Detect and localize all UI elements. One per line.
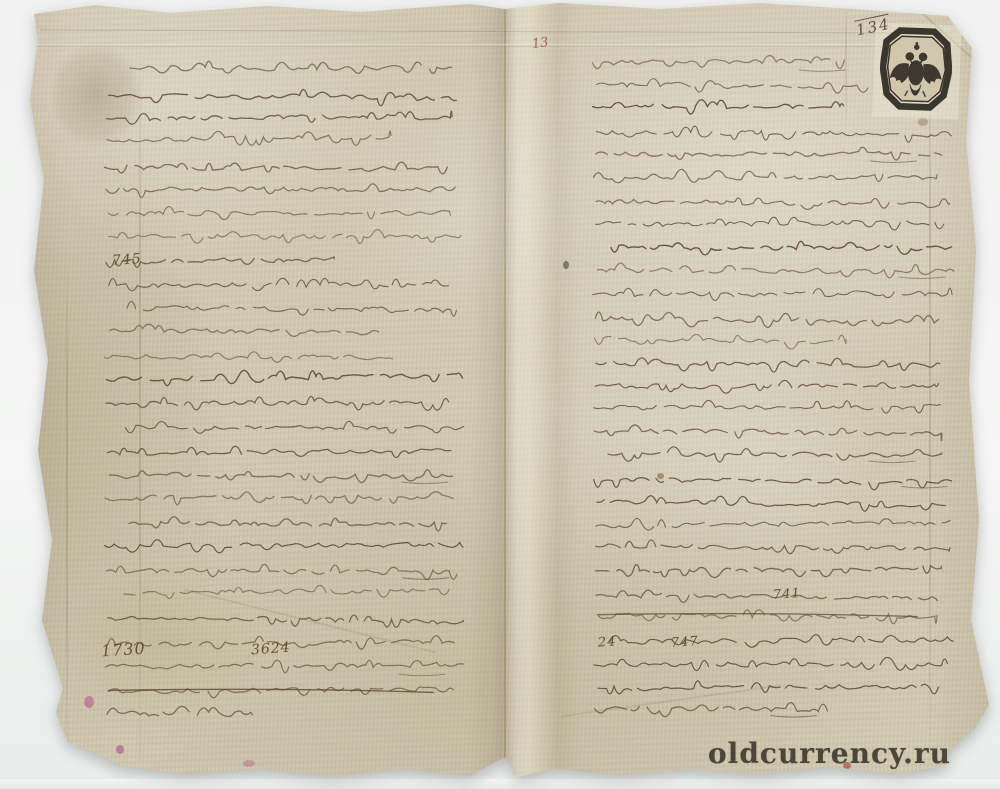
double-headed-eagle-stamp-icon xyxy=(879,26,954,112)
folio-mark: 13 xyxy=(531,35,549,52)
watermark-text: oldcurrency.ru xyxy=(708,737,951,770)
legible-fragment: 1730 xyxy=(100,638,146,660)
handwriting-lines xyxy=(0,0,1000,789)
paper-wrapper: 134 13 745 1730 3624 741 24 747 xyxy=(0,0,1000,789)
legible-fragment: 3624 xyxy=(250,640,291,659)
legible-fragment: 741 xyxy=(773,586,802,603)
legible-fragment: 747 xyxy=(671,634,700,651)
legible-fragment: 745 xyxy=(111,251,142,269)
legible-fragment: 24 xyxy=(597,634,617,650)
manuscript-sheet: 134 13 745 1730 3624 741 24 747 xyxy=(0,0,1000,789)
manuscript-photograph: 134 13 745 1730 3624 741 24 747 oldcurre… xyxy=(0,0,1000,789)
